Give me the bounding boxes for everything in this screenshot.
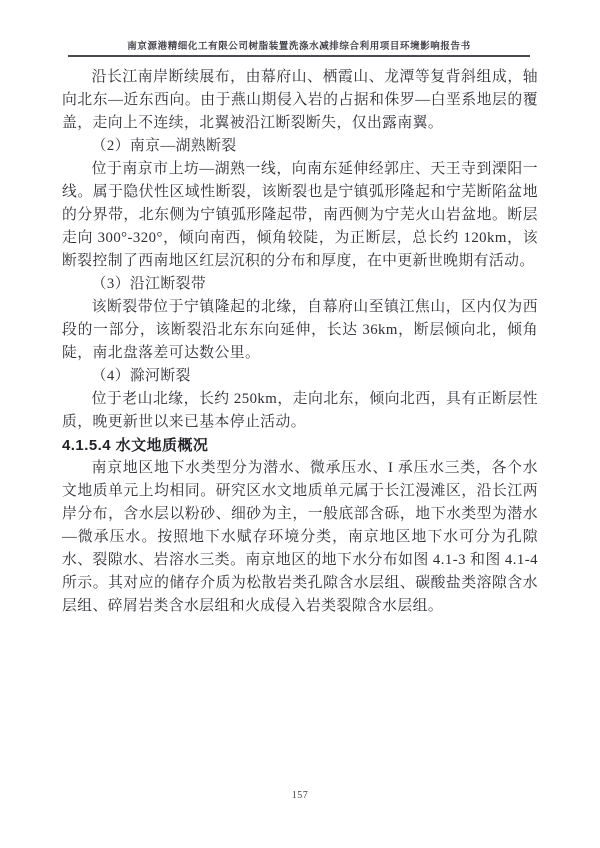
page-header: 南京源港精细化工有限公司树脂装置洗涤水减排综合利用项目环境影响报告书 <box>68 38 530 57</box>
item-heading-nanjing-hushu-fault: （2）南京—湖熟断裂 <box>62 135 538 158</box>
body-paragraph-nanjing-hushu-fault: 位于南京市上坊—湖熟一线，向南东延伸经郭庄、天王寺到溧阳一线。属于隐伏性区域性断… <box>62 158 538 273</box>
body-paragraph-chuhe-fault: 位于老山北缘，长约 250km，走向北东，倾向北西，具有正断层性质，晚更新世以来… <box>62 388 538 434</box>
document-body: 沿长江南岸断续展布，由幕府山、栖霞山、龙潭等复背斜组成，轴向北东—近东西向。由于… <box>62 66 538 618</box>
section-heading-hydrogeology: 4.1.5.4 水文地质概况 <box>62 434 538 457</box>
body-paragraph-yanjiang-fault-zone: 该断裂带位于宁镇隆起的北缘，自幕府山至镇江焦山，区内仅为西段的一部分，该断裂沿北… <box>62 296 538 365</box>
report-header-title: 南京源港精细化工有限公司树脂装置洗涤水减排综合利用项目环境影响报告书 <box>68 38 530 52</box>
page-number: 157 <box>0 790 600 801</box>
document-page: 南京源港精细化工有限公司树脂装置洗涤水减排综合利用项目环境影响报告书 沿长江南岸… <box>0 0 600 848</box>
header-rule <box>68 55 530 57</box>
item-heading-yanjiang-fault-zone: （3）沿江断裂带 <box>62 273 538 296</box>
item-heading-chuhe-fault: （4）滁河断裂 <box>62 365 538 388</box>
body-paragraph-yanjiang-anticlines: 沿长江南岸断续展布，由幕府山、栖霞山、龙潭等复背斜组成，轴向北东—近东西向。由于… <box>62 66 538 135</box>
body-paragraph-hydrogeology: 南京地区地下水类型分为潜水、微承压水、I 承压水三类，各个水文地质单元上均相同。… <box>62 457 538 618</box>
page-footer: 157 <box>0 790 600 801</box>
